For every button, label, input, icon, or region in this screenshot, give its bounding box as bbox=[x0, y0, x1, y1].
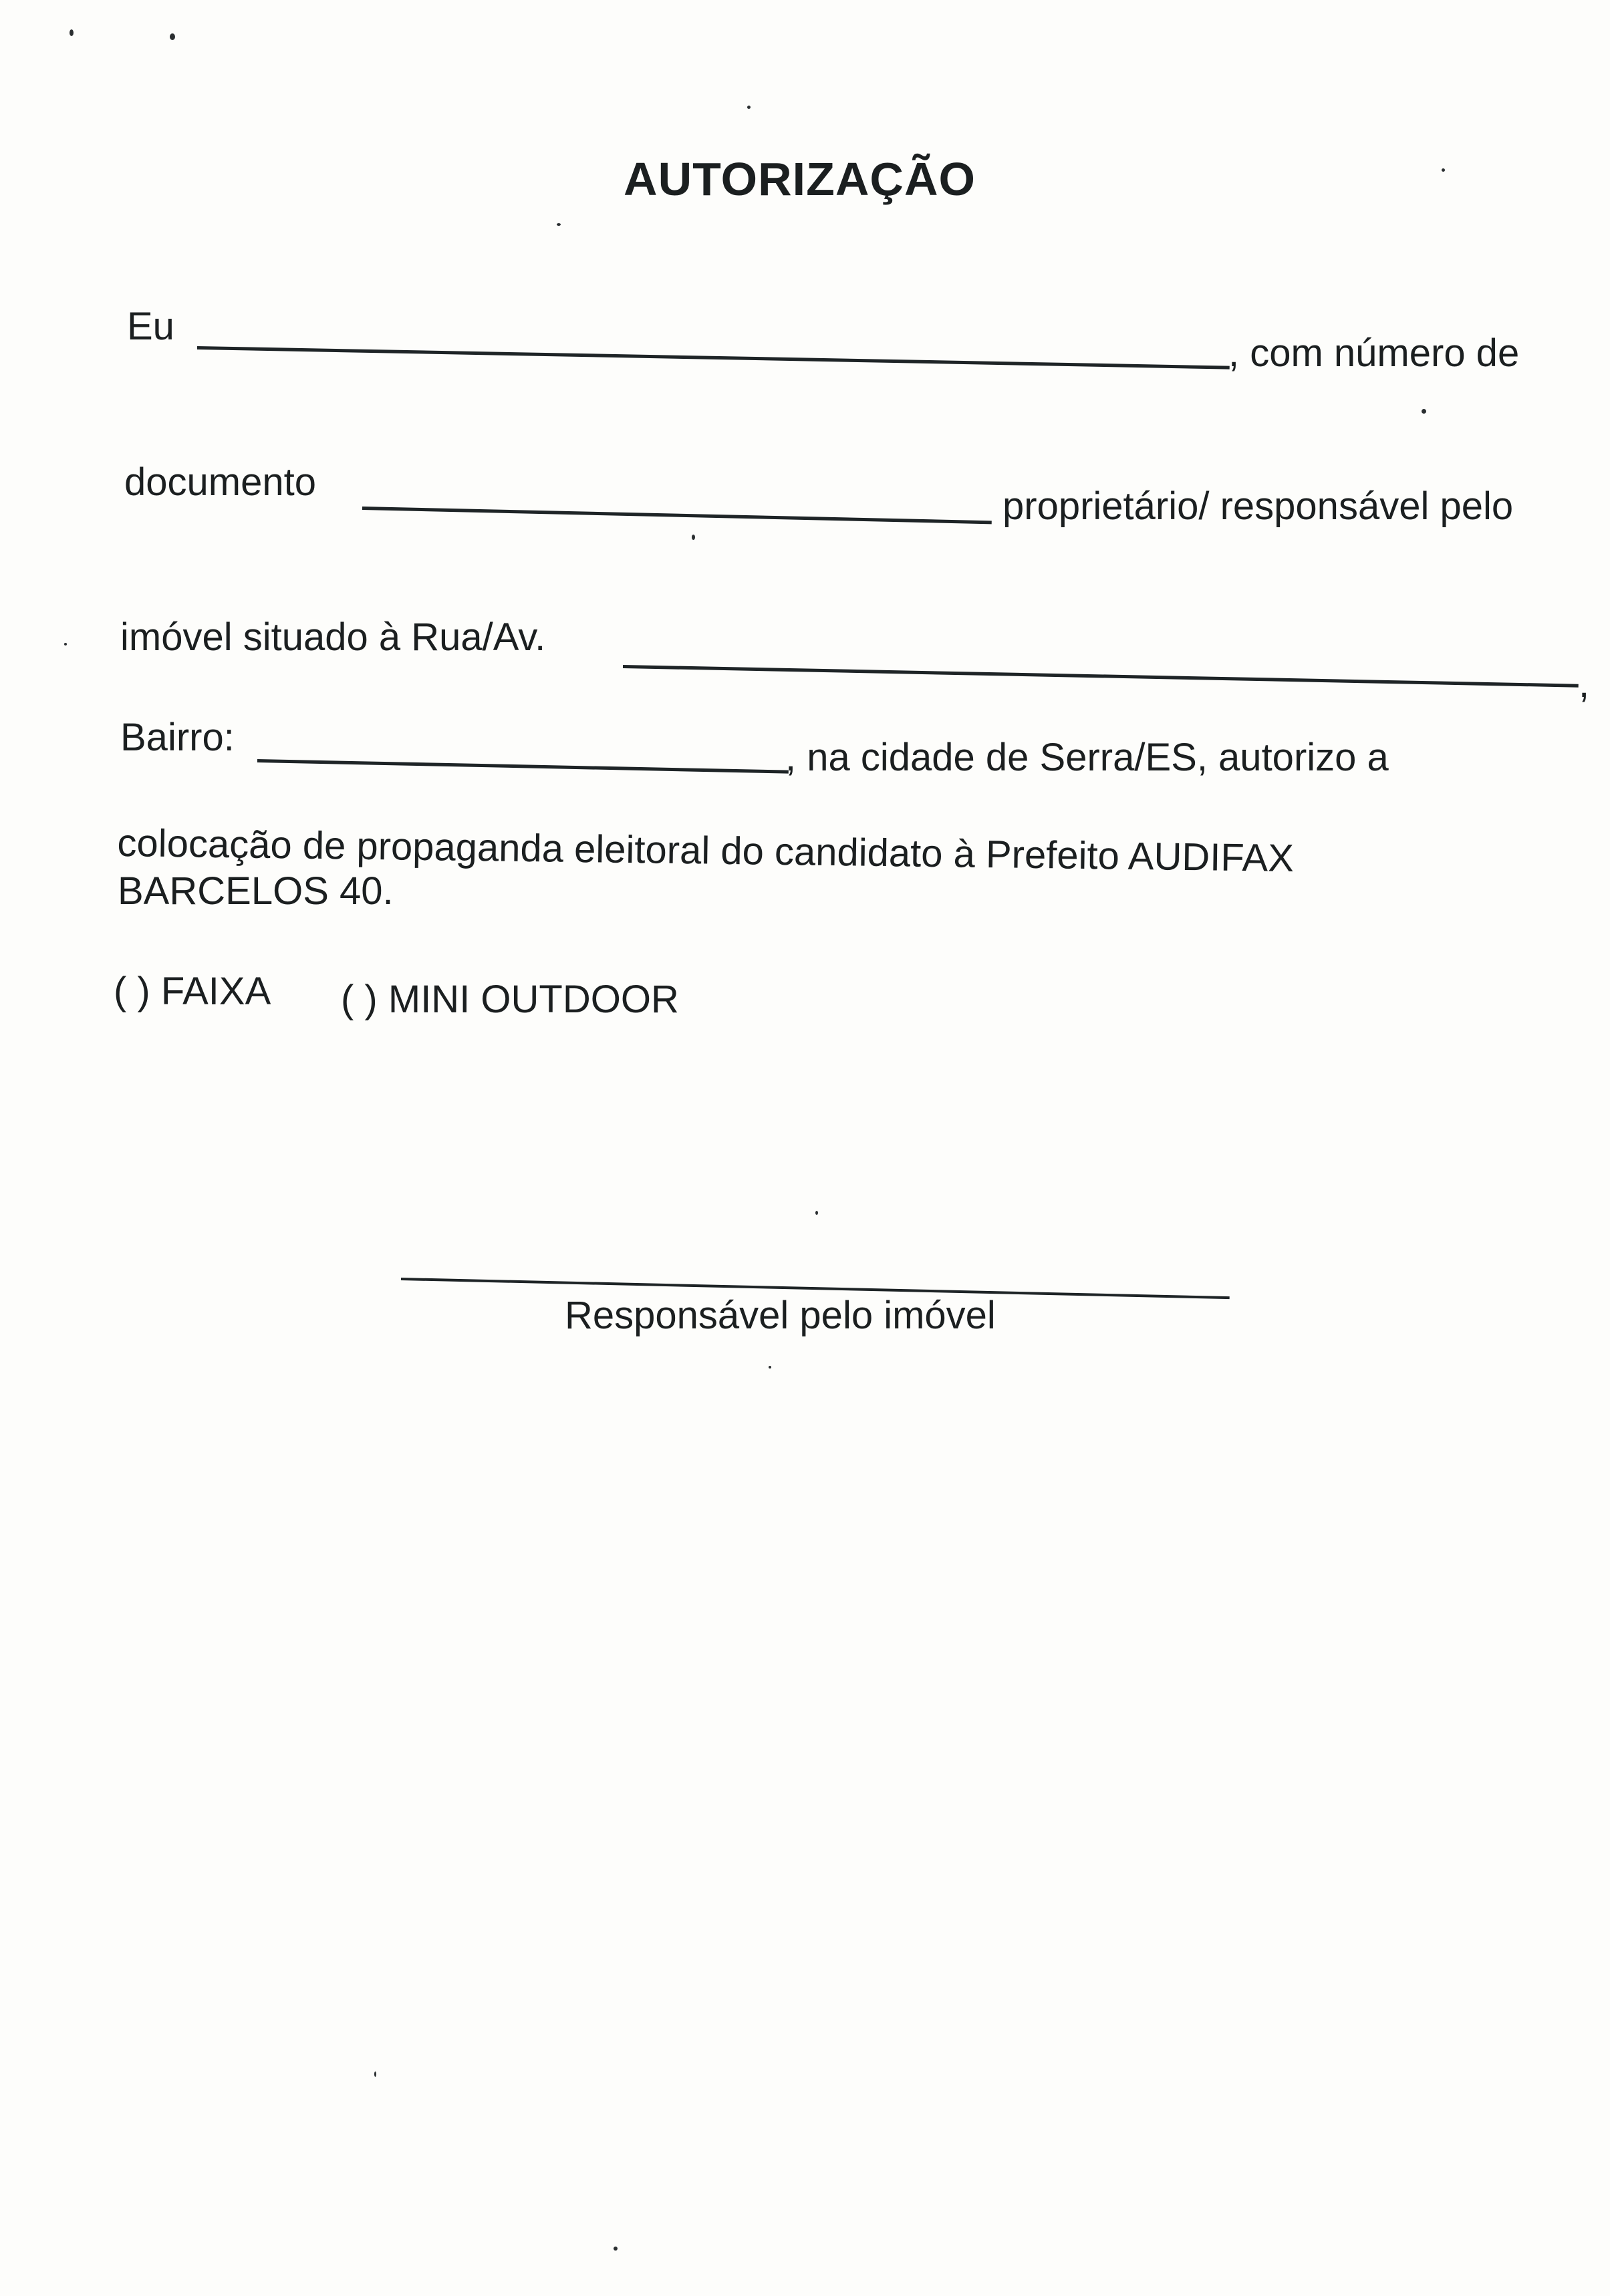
name-field[interactable] bbox=[197, 346, 1230, 370]
line2-prefix: documento bbox=[124, 460, 316, 505]
line1-suffix: , com número de bbox=[1228, 331, 1519, 376]
line3-suffix: , bbox=[1579, 662, 1589, 706]
option-mini-outdoor-label: MINI OUTDOOR bbox=[388, 978, 679, 1021]
scan-speck bbox=[747, 106, 751, 109]
scan-speck bbox=[374, 2071, 376, 2077]
option-mini-outdoor-checkbox[interactable]: ( ) bbox=[341, 978, 378, 1021]
neighborhood-field[interactable] bbox=[257, 759, 789, 774]
scan-speck bbox=[64, 643, 67, 645]
document-number-field[interactable] bbox=[362, 507, 992, 524]
line4-suffix: , na cidade de Serra/ES, autorizo a bbox=[785, 735, 1389, 780]
scan-speck bbox=[170, 33, 175, 40]
option-faixa[interactable]: ( ) FAIXA bbox=[114, 969, 271, 1014]
scan-speck bbox=[769, 1366, 771, 1369]
option-faixa-checkbox[interactable]: ( ) bbox=[114, 970, 150, 1013]
scan-speck bbox=[70, 29, 74, 36]
option-mini-outdoor[interactable]: ( ) MINI OUTDOOR bbox=[341, 977, 679, 1022]
line3-prefix: imóvel situado à Rua/Av. bbox=[120, 615, 545, 660]
scan-speck bbox=[1422, 409, 1426, 414]
option-faixa-label: FAIXA bbox=[161, 970, 271, 1013]
signature-label: Responsável pelo imóvel bbox=[565, 1293, 996, 1338]
line2-suffix: proprietário/ responsável pelo bbox=[1002, 484, 1513, 529]
body-text-line6: BARCELOS 40. bbox=[118, 869, 394, 913]
scan-speck bbox=[557, 223, 561, 226]
street-field[interactable] bbox=[623, 665, 1579, 688]
line1-prefix: Eu bbox=[127, 304, 174, 349]
document-title: AUTORIZAÇÃO bbox=[0, 152, 1605, 206]
scan-speck bbox=[692, 535, 695, 540]
line4-prefix: Bairro: bbox=[120, 715, 235, 760]
scan-speck bbox=[815, 1211, 818, 1215]
scan-speck bbox=[614, 2247, 618, 2251]
